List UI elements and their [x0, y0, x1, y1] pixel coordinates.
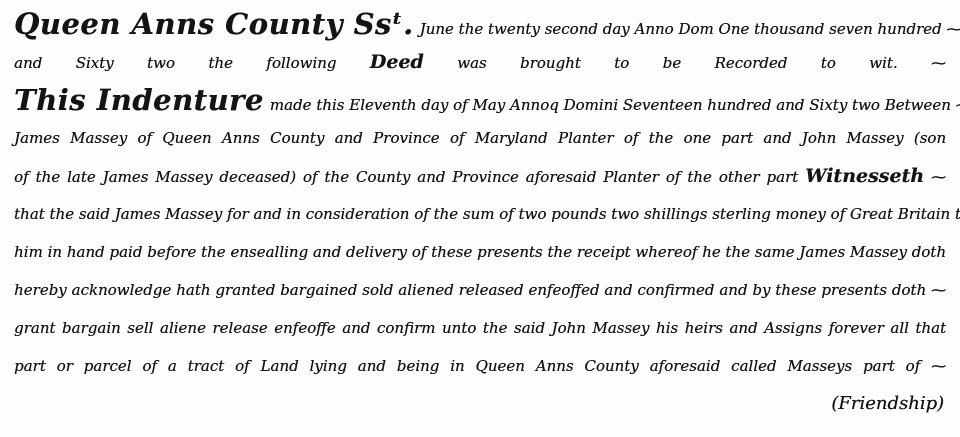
- deed-line: of the late James Massey deceased) of th…: [14, 157, 946, 195]
- deed-line: hereby acknowledge hath granted bargaine…: [14, 271, 946, 309]
- scanned-deed-page: Queen Anns County Ssᵗ.June the twenty se…: [0, 0, 960, 437]
- deed-text-normal: that the said James Massey for and in co…: [14, 205, 960, 223]
- deed-text-normal: was brought to be Recorded to wit. ⁓: [424, 54, 946, 72]
- deed-text-normal: (Friendship): [831, 393, 944, 414]
- deed-text-normal: and Sixty two the following: [14, 54, 370, 72]
- deed-line: him in hand paid before the ensealling a…: [14, 233, 946, 271]
- deed-line: part or parcel of a tract of Land lying …: [14, 347, 946, 385]
- deed-text-normal: made this Eleventh day of May Annoq Domi…: [270, 96, 960, 114]
- deed-text-normal: hereby acknowledge hath granted bargaine…: [14, 281, 946, 299]
- deed-text-normal: of the late James Massey deceased) of th…: [14, 168, 805, 186]
- deed-line: (Friendship): [14, 385, 946, 423]
- deed-text-lead: Queen Anns County Ssᵗ.: [14, 7, 420, 41]
- deed-line: Queen Anns County Ssᵗ.June the twenty se…: [14, 5, 946, 43]
- deed-text-normal: ⁓: [924, 168, 946, 186]
- deed-line: that the said James Massey for and in co…: [14, 195, 946, 233]
- deed-line: grant bargain sell aliene release enfeof…: [14, 309, 946, 347]
- deed-text-em: Witnesseth: [805, 165, 924, 187]
- deed-text-normal: grant bargain sell aliene release enfeof…: [14, 319, 946, 337]
- deed-text-normal: James Massey of Queen Anns County and Pr…: [14, 129, 946, 147]
- deed-text-lead: This Indenture: [14, 83, 270, 117]
- deed-line: James Massey of Queen Anns County and Pr…: [14, 119, 946, 157]
- deed-line: and Sixty two the following Deed was bro…: [14, 43, 946, 81]
- deed-text-normal: part or parcel of a tract of Land lying …: [14, 357, 946, 375]
- deed-text-normal: June the twenty second day Anno Dom One …: [420, 20, 960, 38]
- deed-text-normal: him in hand paid before the ensealling a…: [14, 243, 946, 261]
- deed-text-em: Deed: [370, 51, 424, 73]
- deed-line: This Indenturemade this Eleventh day of …: [14, 81, 946, 119]
- deed-body: Queen Anns County Ssᵗ.June the twenty se…: [14, 5, 946, 423]
